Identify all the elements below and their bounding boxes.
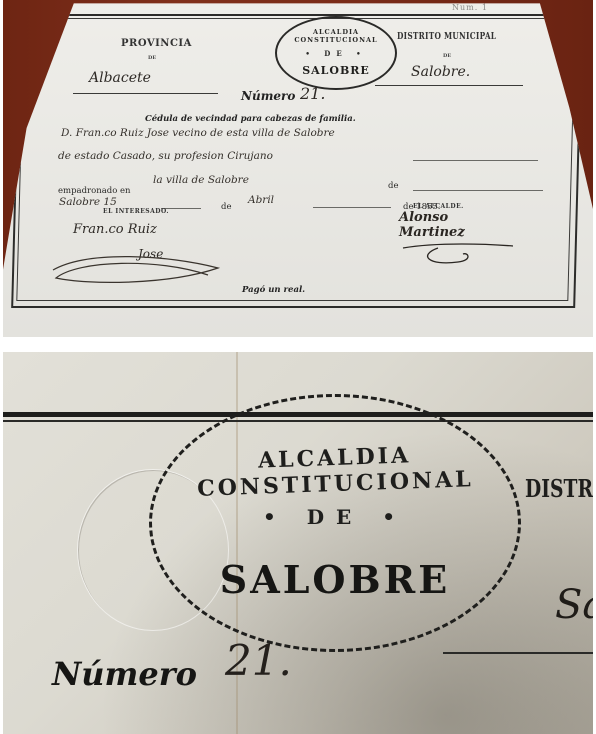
distrito-handwritten-partial: Sa <box>555 582 593 628</box>
alcalde-flourish-icon <box>398 240 518 270</box>
alcalde-label: EL ALCALDE. <box>413 203 464 210</box>
municipal-ink-stamp: ALCALDIA CONSTITUCIONAL • DE • SALOBRE <box>275 16 397 90</box>
empadronado-label: empadronado en <box>58 186 131 196</box>
document-photo-closeup: ALCALDIA CONSTITUCIONAL • DE • SALOBRE D… <box>3 352 593 734</box>
distrito-handwritten-value: Salobre. <box>411 64 470 80</box>
distrito-underline <box>443 652 593 654</box>
stamp-de-text: • DE • <box>152 505 518 529</box>
alcalde-signature: Alonso <box>399 210 448 225</box>
provincia-underline <box>73 93 218 94</box>
stamp-arc-text: ALCALDIA CONSTITUCIONAL <box>151 439 519 504</box>
handwritten-place-day: Salobre 15 <box>59 196 117 208</box>
de-date-label: de <box>221 202 231 212</box>
stamp-arc-text: ALCALDIA CONSTITUCIONAL <box>277 28 395 44</box>
stamp-de-text: • DE • <box>277 49 395 58</box>
provincia-heading: PROVINCIA <box>121 38 192 49</box>
numero-label-closeup: Número <box>52 655 197 693</box>
handwritten-month: Abril <box>248 194 274 206</box>
document-photo-full: Num. 1 PROVINCIA DE Albacete ALCALDIA CO… <box>3 0 593 337</box>
document-title: Cédula de vecindad para cabezas de famil… <box>145 114 356 124</box>
municipal-ink-stamp-closeup: ALCALDIA CONSTITUCIONAL • DE • SALOBRE <box>149 394 521 652</box>
stamp-town-name: SALOBRE <box>152 557 518 602</box>
distrito-heading: DISTRITO MUNICIPAL <box>397 32 496 42</box>
corner-number-label: Num. 1 <box>452 3 488 12</box>
payment-footer: Pagó un real. <box>242 285 305 295</box>
alcalde-signature-line2: Martinez <box>399 225 465 240</box>
handwritten-line-2: de estado Casado, su profesion Cirujano <box>58 150 273 162</box>
numero-handwritten-closeup: 21. <box>225 636 292 685</box>
provincia-de-label: DE <box>148 55 156 61</box>
interesado-label: EL INTERESADO. <box>103 208 169 215</box>
paper-sheet: Num. 1 PROVINCIA DE Albacete ALCALDIA CO… <box>3 0 593 337</box>
signature-flourish-icon <box>48 240 228 290</box>
distrito-heading-partial: DISTRI <box>525 474 593 503</box>
numero-label: Número <box>241 89 295 103</box>
handwritten-line-1: D. Fran.co Ruiz Jose vecino de esta vill… <box>61 127 335 139</box>
provincia-handwritten-value: Albacete <box>89 70 151 86</box>
handwritten-line-3: la villa de Salobre <box>153 174 249 186</box>
distrito-de-label: DE <box>443 53 451 59</box>
de-label: de <box>388 181 398 191</box>
distrito-underline <box>375 85 523 86</box>
interesado-signature: Fran.co Ruiz <box>73 222 157 237</box>
numero-handwritten-value: 21. <box>300 84 325 103</box>
stamp-town-name: SALOBRE <box>277 64 395 77</box>
